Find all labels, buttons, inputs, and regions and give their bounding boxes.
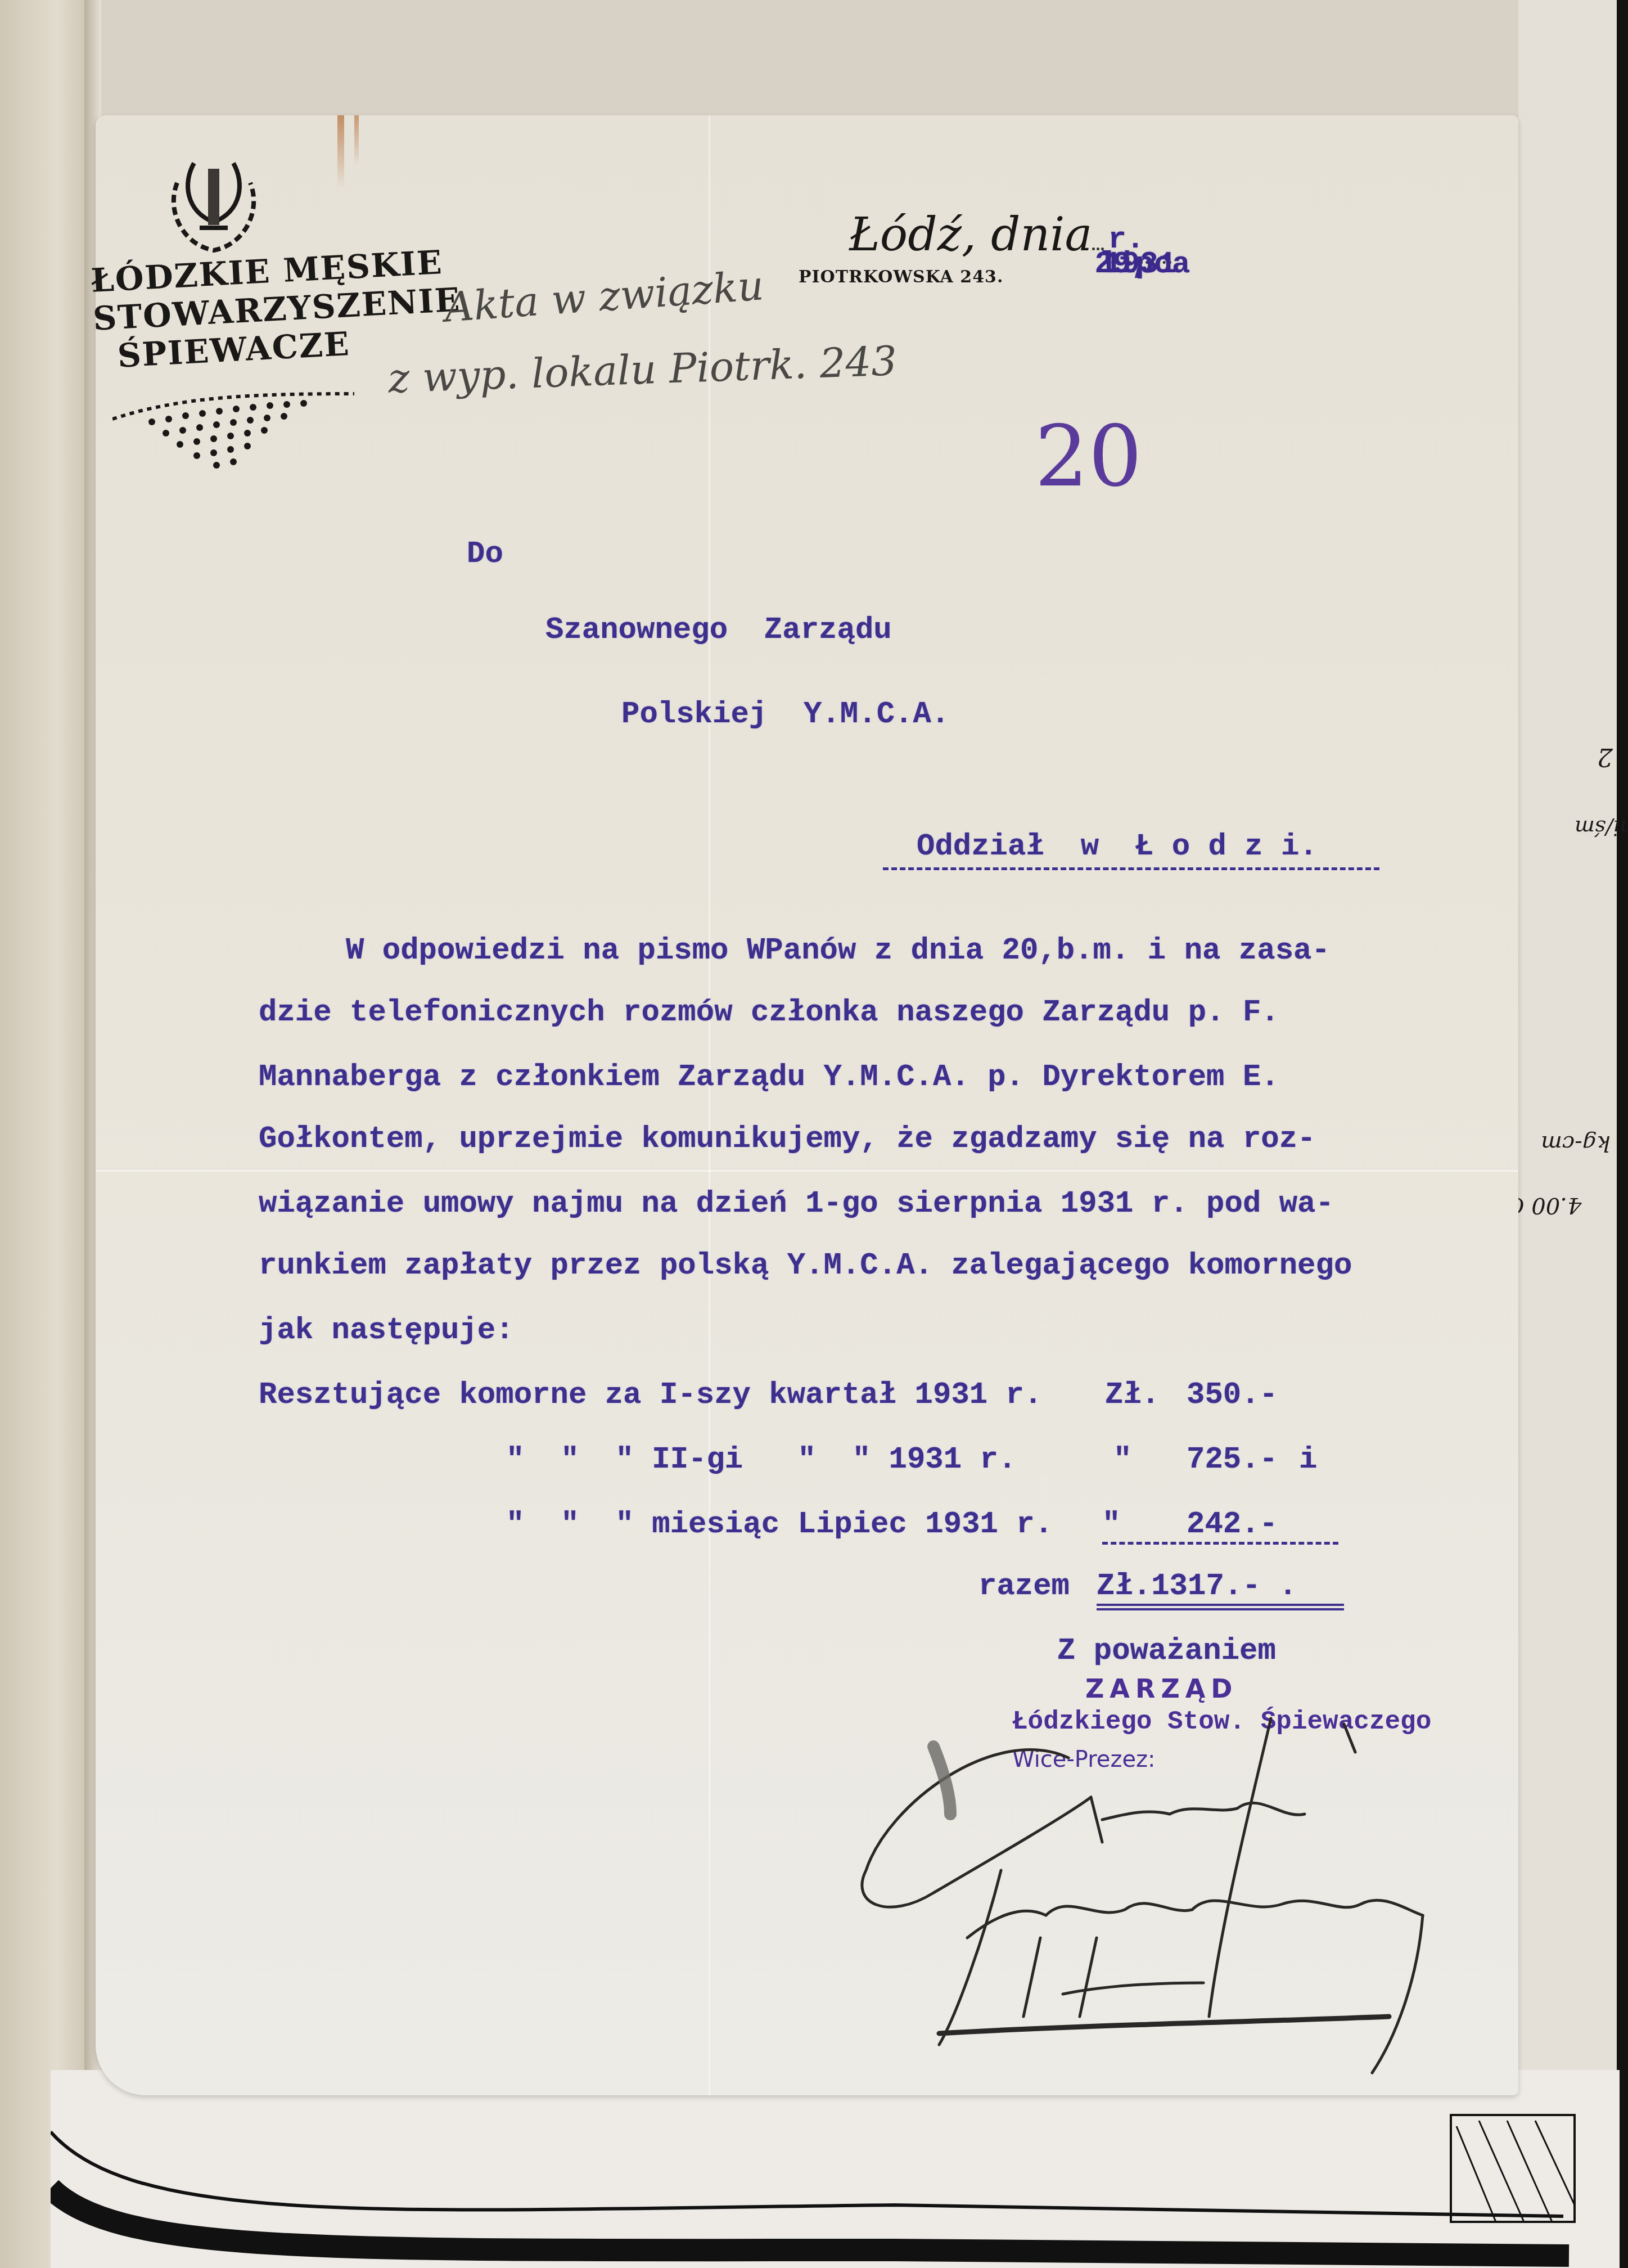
recipient-line: Polskiej Y.M.C.A. (621, 697, 949, 732)
rent-row-currency: " (1113, 1443, 1131, 1477)
handwritten-signatures (855, 1702, 1586, 2095)
body-line: W odpowiedzi na pismo WPanów z dnia 20,b… (346, 934, 1330, 968)
margin-note: kg-cm (1541, 1131, 1611, 1156)
recipient-branch: Oddział w Ł o d z i. (883, 830, 1379, 870)
rent-row-label: " " " miesiąc Lipiec 1931 r. (506, 1507, 1053, 1542)
fold-crease (96, 1170, 1518, 1172)
letterhead-address: PIOTRKOWSKA 243. (799, 267, 1003, 287)
rent-row-currency: Zł. (1105, 1378, 1160, 1412)
letter-sheet: ŁÓDZKIE MĘSKIE STOWARZYSZENIE ŚPIEWACZE … (96, 115, 1518, 2095)
closing-greeting: Z poważaniem (1057, 1634, 1276, 1668)
handwritten-note-line: z wyp. lokalu Piotrk. 243 (387, 337, 898, 402)
rent-row-amount: 725.- (1187, 1443, 1278, 1477)
rust-stain (337, 115, 344, 188)
margin-note: mi/śm (1575, 816, 1628, 840)
date-line: Łódź, dnia29,lipca1931r. (849, 208, 1171, 264)
date-suffix: r. (1108, 223, 1144, 257)
body-line: dzie telefonicznych rozmów członka nasze… (259, 996, 1279, 1030)
date-place-prefix: Łódź, dnia (849, 208, 1092, 262)
body-line: Gołkontem, uprzejmie komunikujemy, że zg… (259, 1122, 1316, 1156)
document-number-stamp: 20 (1035, 408, 1142, 506)
rent-row-amount: 242.- (1187, 1507, 1278, 1542)
body-line: jak następuje: (259, 1313, 514, 1348)
body-line: Mannaberga z członkiem Zarządu Y.M.C.A. … (259, 1060, 1279, 1095)
lyre-wreath-icon (160, 149, 267, 256)
rent-total-value: Zł.1317.- . (1097, 1569, 1344, 1610)
body-line: wiązanie umowy najmu na dzień 1-go sierp… (259, 1187, 1334, 1221)
rent-row-label: Resztujące komorne za I-szy kwartał 1931… (259, 1378, 1042, 1412)
recipient-line: Szanownego Zarządu (545, 613, 892, 647)
rent-row-amount: 350.- (1187, 1378, 1278, 1412)
handwritten-note-line: Akta w związku (443, 262, 765, 331)
margin-note: 2 (1597, 742, 1613, 771)
rent-row-suffix: i (1299, 1443, 1317, 1477)
body-line: runkiem zapłaty przez polską Y.M.C.A. za… (259, 1249, 1352, 1283)
right-dark-edge (1617, 0, 1628, 2268)
recipient-line: Do (467, 537, 503, 571)
rust-stain (354, 115, 359, 166)
stamp-title: ZARZĄD (1085, 1673, 1238, 1704)
printed-border-lines (51, 2070, 1620, 2268)
rent-row-label: " " " II-gi " " 1931 r. (506, 1443, 1016, 1477)
left-book-page (0, 0, 96, 2268)
decorative-dot-ornament (112, 391, 354, 470)
fold-crease (709, 115, 710, 2095)
underlying-printed-sheet (51, 2070, 1620, 2268)
rent-total-label: razem (978, 1569, 1070, 1604)
